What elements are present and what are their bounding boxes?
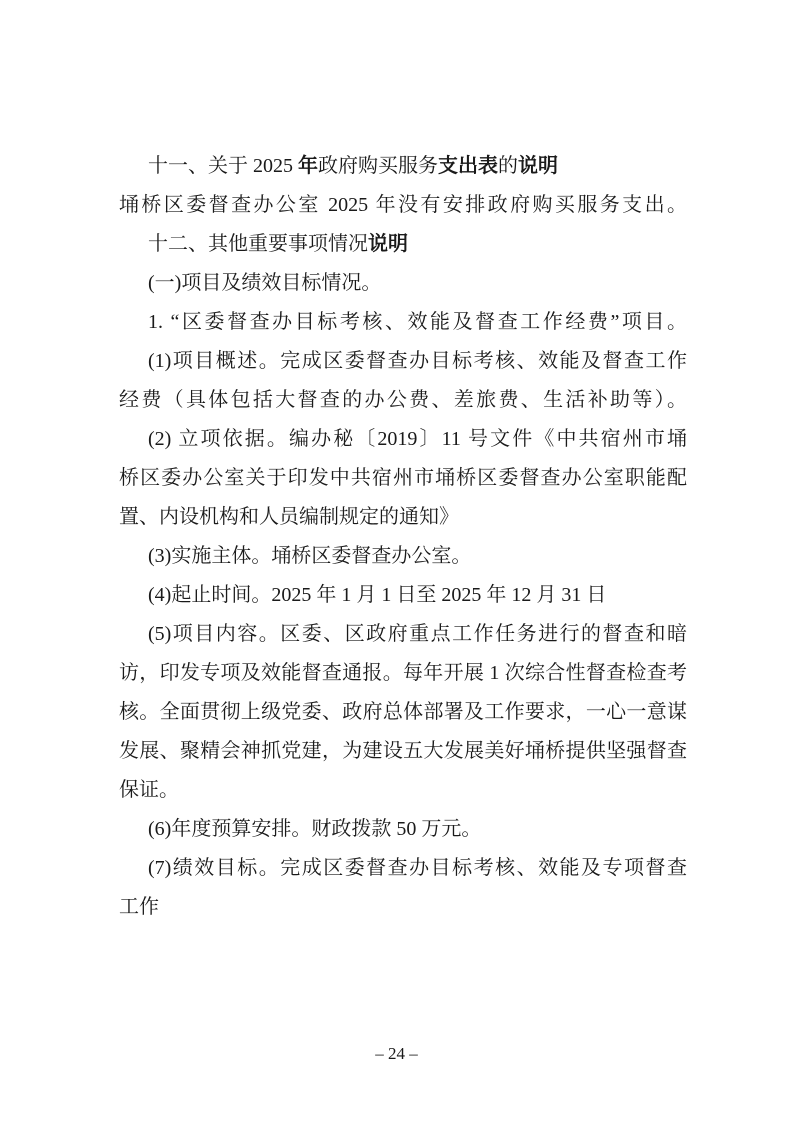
heading-line: 十一、关于 2025 年政府购买服务支出表的说明 xyxy=(119,147,687,186)
para-6-annual-budget: (6)年度预算安排。财政拨款 50 万元。 xyxy=(119,810,687,849)
para-5-project-content: (5)项目内容。区委、区政府重点工作任务进行的督查和暗访，印发专项及效能督查通报… xyxy=(119,615,687,810)
text-line: (3)实施主体。埇桥区委督查办公室。 xyxy=(119,537,687,576)
text-line: (一)项目及绩效目标情况。 xyxy=(119,264,687,303)
heading-text-bold: 年 xyxy=(298,155,318,177)
para-no-procurement-expenditure: 埇桥区委督查办公室 2025 年没有安排政府购买服务支出。 xyxy=(119,186,687,225)
para-2-project-basis: (2) 立项依据。编办秘〔2019〕11 号文件《中共宿州市埇桥区委办公室关于印… xyxy=(119,420,687,537)
para-1-project-overview: (1)项目概述。完成区委督查办目标考核、效能及督查工作经费（具体包括大督查的办公… xyxy=(119,342,687,420)
para-3-implementing-body: (3)实施主体。埇桥区委督查办公室。 xyxy=(119,537,687,576)
text-line: (4)起止时间。2025 年 1 月 1 日至 2025 年 12 月 31 日 xyxy=(119,576,687,615)
heading-text: 十一、关于 2025 xyxy=(148,155,298,177)
section-heading-11: 十一、关于 2025 年政府购买服务支出表的说明 xyxy=(119,147,687,186)
text-line: 核。全面贯彻上级党委、政府总体部署及工作要求，一心一意谋 xyxy=(119,693,687,732)
heading-text: 政府购买服务 xyxy=(318,155,438,177)
text-line: 1. “区委督查办目标考核、效能及督查工作经费”项目。 xyxy=(119,303,687,342)
text-line: 访，印发专项及效能督查通报。每年开展 1 次综合性督查检查考 xyxy=(119,654,687,693)
text-line: 桥区委办公室关于印发中共宿州市埇桥区委督查办公室职能配 xyxy=(119,459,687,498)
heading-line: 十二、其他重要事项情况说明 xyxy=(119,225,687,264)
text-line: (5)项目内容。区委、区政府重点工作任务进行的督查和暗 xyxy=(119,615,687,654)
page-content: 十一、关于 2025 年政府购买服务支出表的说明埇桥区委督查办公室 2025 年… xyxy=(119,147,687,927)
document-page: 十一、关于 2025 年政府购买服务支出表的说明埇桥区委督查办公室 2025 年… xyxy=(0,0,793,1122)
text-line: 置、内设机构和人员编制规定的通知》 xyxy=(119,498,687,537)
para-project-title: 1. “区委督查办目标考核、效能及督查工作经费”项目。 xyxy=(119,303,687,342)
text-line: 经费（具体包括大督查的办公费、差旅费、生活补助等）。 xyxy=(119,381,687,420)
page-number: – 24 – xyxy=(375,1044,418,1063)
text-line: 保证。 xyxy=(119,771,687,810)
text-line: (7)绩效目标。完成区委督查办目标考核、效能及专项督查 xyxy=(119,849,687,888)
heading-text-bold: 说明 xyxy=(368,233,408,255)
heading-text: 十二、其他重要事项情况 xyxy=(148,233,368,255)
text-line: (6)年度预算安排。财政拨款 50 万元。 xyxy=(119,810,687,849)
page-footer: – 24 – xyxy=(0,1042,793,1066)
heading-text-bold: 说明 xyxy=(518,155,558,177)
heading-text: 的 xyxy=(498,155,518,177)
para-7-performance-goal: (7)绩效目标。完成区委督查办目标考核、效能及专项督查工作 xyxy=(119,849,687,927)
text-line: 埇桥区委督查办公室 2025 年没有安排政府购买服务支出。 xyxy=(119,186,687,225)
para-4-duration: (4)起止时间。2025 年 1 月 1 日至 2025 年 12 月 31 日 xyxy=(119,576,687,615)
text-line: (2) 立项依据。编办秘〔2019〕11 号文件《中共宿州市埇 xyxy=(119,420,687,459)
text-line: 工作 xyxy=(119,888,687,927)
para-project-performance-intro: (一)项目及绩效目标情况。 xyxy=(119,264,687,303)
section-heading-12: 十二、其他重要事项情况说明 xyxy=(119,225,687,264)
text-line: 发展、聚精会神抓党建，为建设五大发展美好埇桥提供坚强督查 xyxy=(119,732,687,771)
text-line: (1)项目概述。完成区委督查办目标考核、效能及督查工作 xyxy=(119,342,687,381)
heading-text-bold: 支出表 xyxy=(438,155,498,177)
